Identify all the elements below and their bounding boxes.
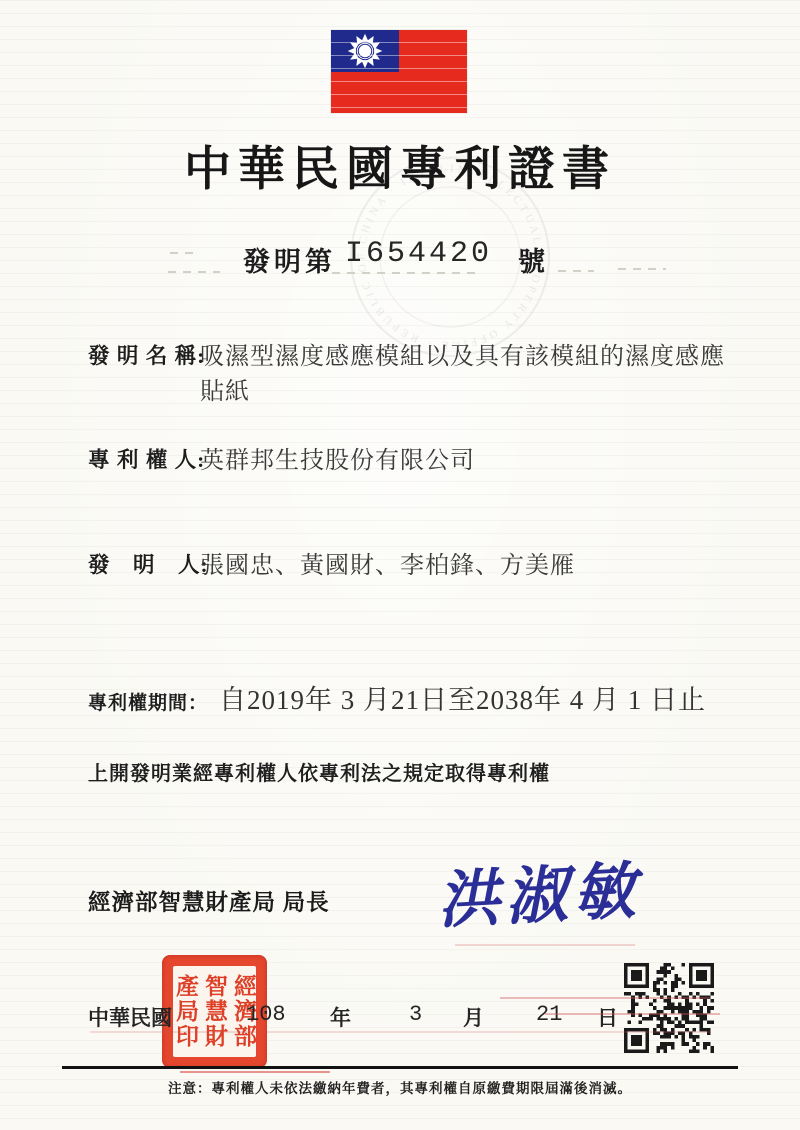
patent-term-value: 自2019年 3 月21日至2038年 4 月 1 日止 bbox=[219, 678, 706, 717]
date-day-unit: 日 bbox=[597, 1002, 618, 1032]
footer-divider bbox=[62, 1066, 738, 1069]
grant-statement: 上開發明業經專利權人依專利法之規定取得專利權 bbox=[88, 757, 550, 786]
invention-name-value-line2: 貼紙 bbox=[200, 371, 250, 406]
patentee-label: 專 利 權 人: bbox=[88, 443, 205, 474]
qr-code bbox=[624, 963, 714, 1053]
patent-number-suffix: 號 bbox=[518, 240, 545, 279]
scan-artifact-line bbox=[500, 997, 710, 999]
date-era: 中華民國 bbox=[88, 1002, 172, 1032]
scan-artifact-dash bbox=[170, 252, 200, 254]
date-year: 108 bbox=[246, 1002, 286, 1027]
issuing-office-line: 經濟部智慧財產局 局長 bbox=[88, 885, 330, 917]
scan-artifact-line bbox=[180, 1071, 330, 1073]
invention-name-label: 發 明 名 稱: bbox=[88, 339, 205, 370]
certificate-title: 中華民國專利證書 bbox=[0, 132, 800, 199]
scan-artifact-dash bbox=[558, 270, 594, 272]
roc-flag bbox=[331, 30, 467, 113]
patentee-value: 英群邦生技股份有限公司 bbox=[200, 440, 475, 475]
patent-certificate-page: INTELLECTUAL PROPERTY OFFICE · REPUBLIC … bbox=[0, 0, 800, 1130]
date-year-unit: 年 bbox=[330, 1002, 351, 1032]
scan-artifact-line bbox=[545, 1013, 720, 1015]
patent-term-label: 專利權期間： bbox=[88, 688, 208, 715]
scan-artifact-dash bbox=[618, 268, 666, 270]
invention-name-value-line1: 吸濕型濕度感應模組以及具有該模組的濕度感應 bbox=[200, 336, 725, 371]
seal-column-middle: 智慧財 bbox=[201, 974, 228, 1049]
footer-note: 注意：專利權人未依法繳納年費者，其專利權自原繳費期限屆滿後消滅。 bbox=[0, 1077, 800, 1097]
scan-artifact-line bbox=[90, 1031, 710, 1033]
patent-number-prefix: 發明第 bbox=[243, 240, 336, 279]
director-general-signature: 洪淑敏 bbox=[435, 841, 643, 941]
inventors-value: 張國忠、黃國財、李柏鋒、方美雁 bbox=[200, 545, 575, 580]
date-day: 21 bbox=[536, 1002, 562, 1027]
seal-column-left: 產局印 bbox=[172, 974, 199, 1049]
date-month: 3 bbox=[409, 1002, 422, 1027]
seal-inner-panel: 產局印 智慧財 經濟部 bbox=[173, 966, 256, 1057]
scan-artifact-dash bbox=[168, 271, 220, 273]
date-month-unit: 月 bbox=[463, 1002, 484, 1032]
patent-number: I654420 bbox=[345, 237, 492, 271]
inventors-label: 發 明 人: bbox=[88, 548, 209, 579]
scan-artifact-line bbox=[455, 944, 635, 946]
flag-scanline-artifact bbox=[331, 30, 467, 113]
scan-artifact-dash bbox=[332, 272, 482, 274]
